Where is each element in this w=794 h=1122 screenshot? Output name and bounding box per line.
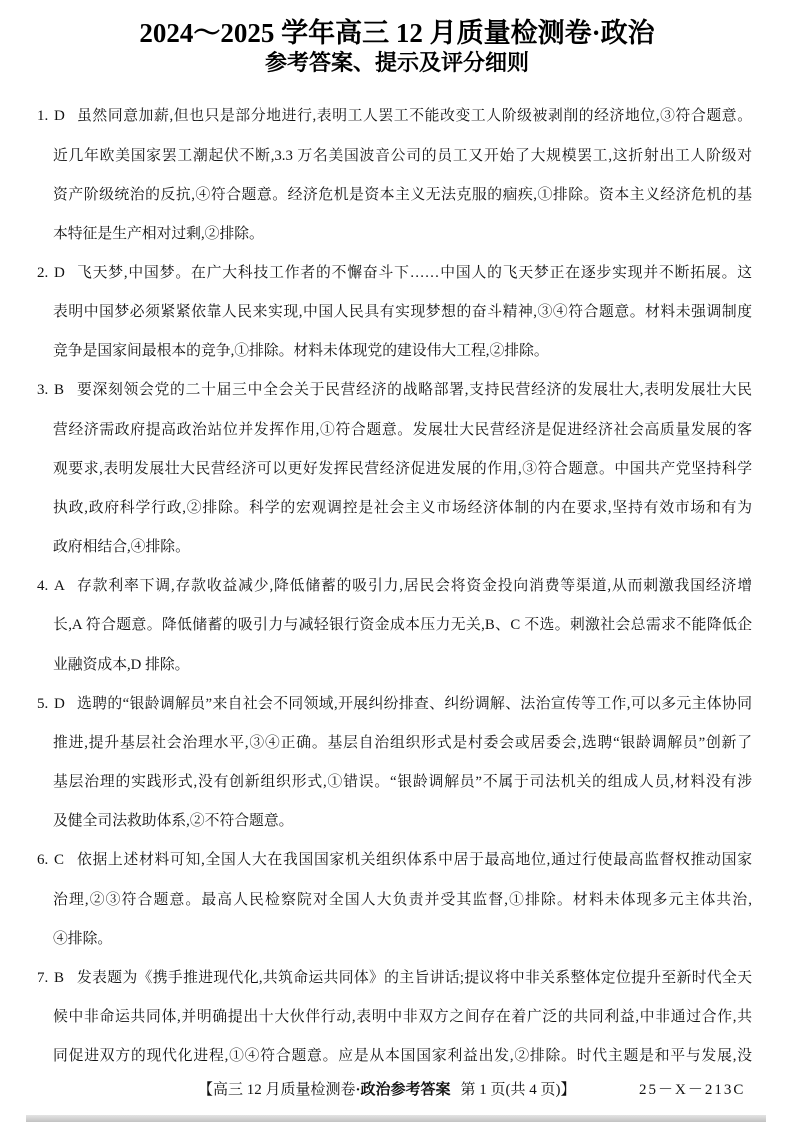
question-number: 5. [37,685,48,724]
answer-choice: D [54,685,65,724]
answer-line: 本特征是生产相对过剩,②排除。 [53,215,752,254]
answer-line: 飞天梦,中国梦。在广大科技工作者的不懈奋斗下……中国人的飞天梦正在逐步实现并不断… [77,254,752,293]
question-number: 7. [37,959,48,998]
answer-item-7: 7. B 发表题为《携手推进现代化,共筑命运共同体》的主旨讲话;提议将中非关系整… [0,959,794,1076]
answer-item-6: 6. C 依据上述材料可知,全国人大在我国国家机关组织体系中居于最高地位,通过行… [0,841,794,958]
question-number: 1. [37,97,48,136]
answer-line: 竞争是国家间最根本的竞争,①排除。材料未体现党的建设伟大工程,②排除。 [53,332,752,371]
question-number: 4. [37,567,48,606]
answer-line: 治理,②③符合题意。最高人民检察院对全国人大负责并受其监督,①排除。材料未体现多… [53,881,752,920]
page-footer: 【高三 12 月质量检测卷·政治参考答案第 1 页(共 4 页)】 [198,1080,576,1100]
question-number: 2. [37,254,48,293]
answer-line: 依据上述材料可知,全国人大在我国国家机关组织体系中居于最高地位,通过行使最高监督… [77,841,752,880]
answer-choice: A [54,567,65,606]
answer-line: 表明中国梦必须紧紧依靠人民来实现,中国人民具有实现梦想的奋斗精神,③④符合题意。… [53,293,752,332]
answer-line: 执政,政府科学行政,②排除。科学的宏观调控是社会主义市场经济体制的内在要求,坚持… [53,489,752,528]
footer-exam-name: 【高三 12 月质量检测卷 [198,1082,356,1098]
answer-line: 观要求,表明发展壮大民营经济可以更好发挥民营经济促进发展的作用,③符合题意。中国… [53,450,752,489]
answer-line: ④排除。 [53,920,752,959]
answer-line: 选聘的“银龄调解员”来自社会不同领域,开展纠纷排查、纠纷调解、法治宣传等工作,可… [77,685,752,724]
answer-line: 政府相结合,④排除。 [53,528,752,567]
answer-line: 候中非命运共同体,并明确提出十大伙伴行动,表明中非双方之间存在着广泛的共同利益,… [53,998,752,1037]
answer-choice: D [54,97,65,136]
answer-line: 资产阶级统治的反抗,④符合题意。经济危机是资本主义无法克服的痼疾,①排除。资本主… [53,176,752,215]
answer-choice: B [54,959,64,998]
answer-line: 长,A 符合题意。降低储蓄的吸引力与减轻银行资金成本压力无关,B、C 不选。刺激… [53,606,752,645]
document-title: 2024～2025 学年高三 12 月质量检测卷·政治 [0,17,794,49]
answer-line: 同促进双方的现代化进程,①④符合题意。应是从本国国家利益出发,②排除。时代主题是… [53,1037,752,1076]
answer-item-3: 3. B 要深刻领会党的二十届三中全会关于民营经济的战略部署,支持民营经济的发展… [0,371,794,567]
answer-choice: B [54,371,64,410]
answer-list: 1. D 虽然同意加薪,但也只是部分地进行,表明工人罢工不能改变工人阶级被剥削的… [0,97,794,1076]
answer-item-4: 4. A 存款利率下调,存款收益减少,降低储蓄的吸引力,居民会将资金投向消费等渠… [0,567,794,684]
answer-line: 推进,提升基层社会治理水平,③④正确。基层自治组织形式是村委会或居委会,选聘“银… [53,724,752,763]
question-number: 6. [37,841,48,880]
page-bottom-edge [26,1115,766,1122]
answer-line: 及健全司法救助体系,②不符合题意。 [53,802,752,841]
answer-line: 虽然同意加薪,但也只是部分地进行,表明工人罢工不能改变工人阶级被剥削的经济地位,… [77,97,752,136]
answer-line: 发表题为《携手推进现代化,共筑命运共同体》的主旨讲话;提议将中非关系整体定位提升… [77,959,752,998]
answer-line: 近几年欧美国家罢工潮起伏不断,3.3 万名美国波音公司的员工又开始了大规模罢工,… [53,137,752,176]
footer-subject: ·政治参考答案 [356,1082,451,1098]
document-subtitle: 参考答案、提示及评分细则 [0,50,794,76]
answer-line: 营经济需政府提高政治站位并发挥作用,①符合题意。发展壮大民营经济是促进经济社会高… [53,411,752,450]
answer-line: 存款利率下调,存款收益减少,降低储蓄的吸引力,居民会将资金投向消费等渠道,从而刺… [77,567,752,606]
answer-line: 要深刻领会党的二十届三中全会关于民营经济的战略部署,支持民营经济的发展壮大,表明… [77,371,752,410]
answer-item-1: 1. D 虽然同意加薪,但也只是部分地进行,表明工人罢工不能改变工人阶级被剥削的… [0,97,794,254]
answer-choice: D [54,254,65,293]
answer-item-5: 5. D 选聘的“银龄调解员”来自社会不同领域,开展纠纷排查、纠纷调解、法治宣传… [0,685,794,842]
footer-page-number: 第 1 页(共 4 页)】 [461,1082,576,1098]
answer-choice: C [54,841,64,880]
question-number: 3. [37,371,48,410]
answer-line: 业融资成本,D 排除。 [53,646,752,685]
footer-document-code: 25－X－213C [639,1080,745,1100]
answer-item-2: 2. D 飞天梦,中国梦。在广大科技工作者的不懈奋斗下……中国人的飞天梦正在逐步… [0,254,794,371]
answer-line: 基层治理的实践形式,没有创新组织形式,①错误。“银龄调解员”不属于司法机关的组成… [53,763,752,802]
